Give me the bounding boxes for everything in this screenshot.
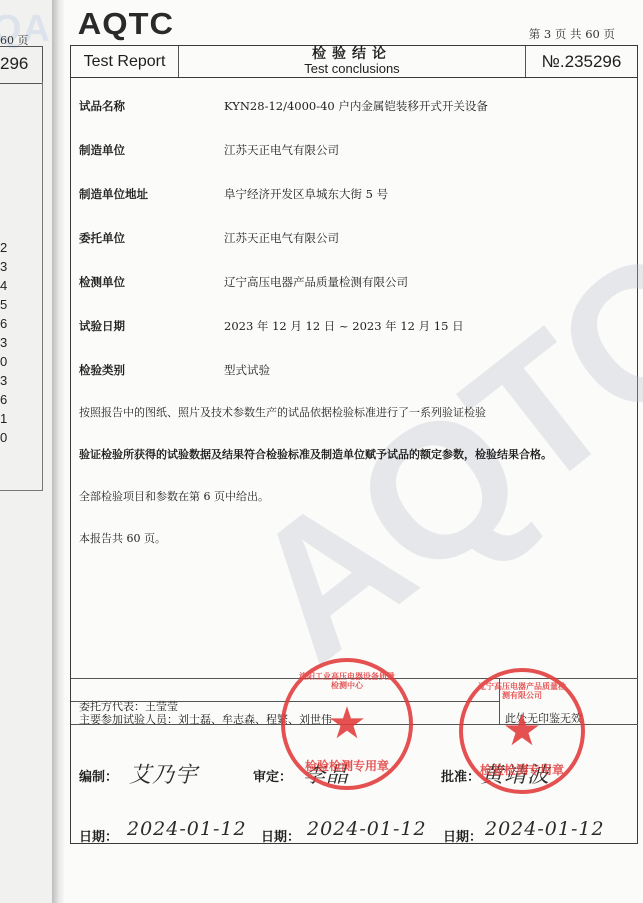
title-zh: 检验结论 [312,47,392,62]
report-body: AQTC 试品名称 KYN28-12/4000-40 户内金属铠装移开式开关设备… [70,78,638,844]
field-label: 委托单位 [79,230,224,246]
field-label: 试验日期 [79,318,224,334]
stamp-bottom-text: 检验检测专用章 [463,761,581,778]
stamp-ring-text: 沈阳工业高压电器设备质量检测中心 [285,672,409,690]
field-label: 试品名称 [79,98,224,114]
approved-date-label: 日期： [443,826,482,845]
digit: 3 [0,373,7,392]
digit: 0 [0,354,7,373]
digit: 6 [0,316,7,335]
field-label: 制造单位地址 [79,186,224,202]
page-count: 第 3 页 共 60 页 [529,26,615,42]
field-manufacturer: 制造单位 江苏天正电气有限公司 [79,142,339,158]
field-label: 检验类别 [79,362,224,378]
report-page: AQTC 第 3 页 共 60 页 Test Report 检验结论 Test … [64,0,643,903]
previous-page-report-no: 296 [0,54,28,74]
report-label: Test Report [71,46,179,77]
digit: 3 [0,335,7,354]
field-test-category: 检验类别 型式试验 [79,362,270,378]
digit: 5 [0,297,7,316]
field-test-date: 试验日期 2023 年 12 月 12 日 ~ 2023 年 12 月 15 日 [79,318,464,334]
field-manufacturer-address: 制造单位地址 阜宁经济开发区阜城东大街 5 号 [79,186,388,202]
field-value: 江苏天正电气有限公司 [224,230,339,246]
inspection-stamp-company: 辽宁高压电器产品质量检测有限公司 ★ 检验检测专用章 [459,668,585,794]
report-number: №.235296 [526,46,637,77]
report-title: 检验结论 Test conclusions [179,46,526,77]
basis-paragraph: 按照报告中的图纸、照片及技术参数生产的试品依据检验标准进行了一系列验证检验 [79,404,486,420]
field-label: 检测单位 [79,274,224,290]
star-icon: ★ [327,702,366,746]
field-client: 委托单位 江苏天正电气有限公司 [79,230,339,246]
field-value: 2023 年 12 月 12 日 ~ 2023 年 12 月 15 日 [224,318,464,334]
digit: 2 [0,240,7,259]
aqtc-logo: AQTC [78,6,174,42]
report-header: Test Report 检验结论 Test conclusions №.2352… [70,45,638,78]
star-icon: ★ [502,709,541,753]
logo-text: AQTC [78,6,174,41]
field-value: 江苏天正电气有限公司 [224,142,339,158]
inspection-stamp-center: 沈阳工业高压电器设备质量检测中心 ★ 检验检测专用章 [281,658,413,790]
reviewed-date: 2024-01-12 [307,818,427,840]
digit: 6 [0,392,7,411]
field-testing-lab: 检测单位 辽宁高压电器产品质量检测有限公司 [79,274,408,290]
reviewed-date-label: 日期： [261,826,300,845]
digit: 4 [0,278,7,297]
compiled-label: 编制： [79,766,118,785]
items-note: 全部检验项目和参数在第 6 页中给出。 [79,488,269,504]
field-value: 阜宁经济开发区阜城东大街 5 号 [224,186,388,202]
title-en: Test conclusions [304,62,399,76]
approved-date: 2024-01-12 [485,818,605,840]
page-gutter [52,0,64,903]
previous-page-edge: QA 60 页 296 2 3 4 5 6 3 0 3 6 1 0 [0,0,53,903]
field-value: KYN28-12/4000-40 户内金属铠装移开式开关设备 [224,98,488,114]
total-pages-note: 本报告共 60 页。 [79,530,166,546]
field-value: 型式试验 [224,362,270,378]
field-sample-name: 试品名称 KYN28-12/4000-40 户内金属铠装移开式开关设备 [79,98,488,114]
digit: 3 [0,259,7,278]
previous-page-digits: 2 3 4 5 6 3 0 3 6 1 0 [0,240,7,449]
compiled-date: 2024-01-12 [127,818,247,840]
stamp-bottom-text: 检验检测专用章 [285,757,409,774]
field-value: 辽宁高压电器产品质量检测有限公司 [224,274,408,290]
compiled-signature: 艾乃宇 [129,758,198,789]
field-label: 制造单位 [79,142,224,158]
stamp-ring-text: 辽宁高压电器产品质量检测有限公司 [463,682,581,700]
digit: 1 [0,411,7,430]
compiled-date-label: 日期： [79,826,118,845]
digit: 0 [0,430,7,449]
conclusion-paragraph: 验证检验所获得的试验数据及结果符合检验标准及制造单位赋予试品的额定参数，检验结果… [79,446,552,462]
